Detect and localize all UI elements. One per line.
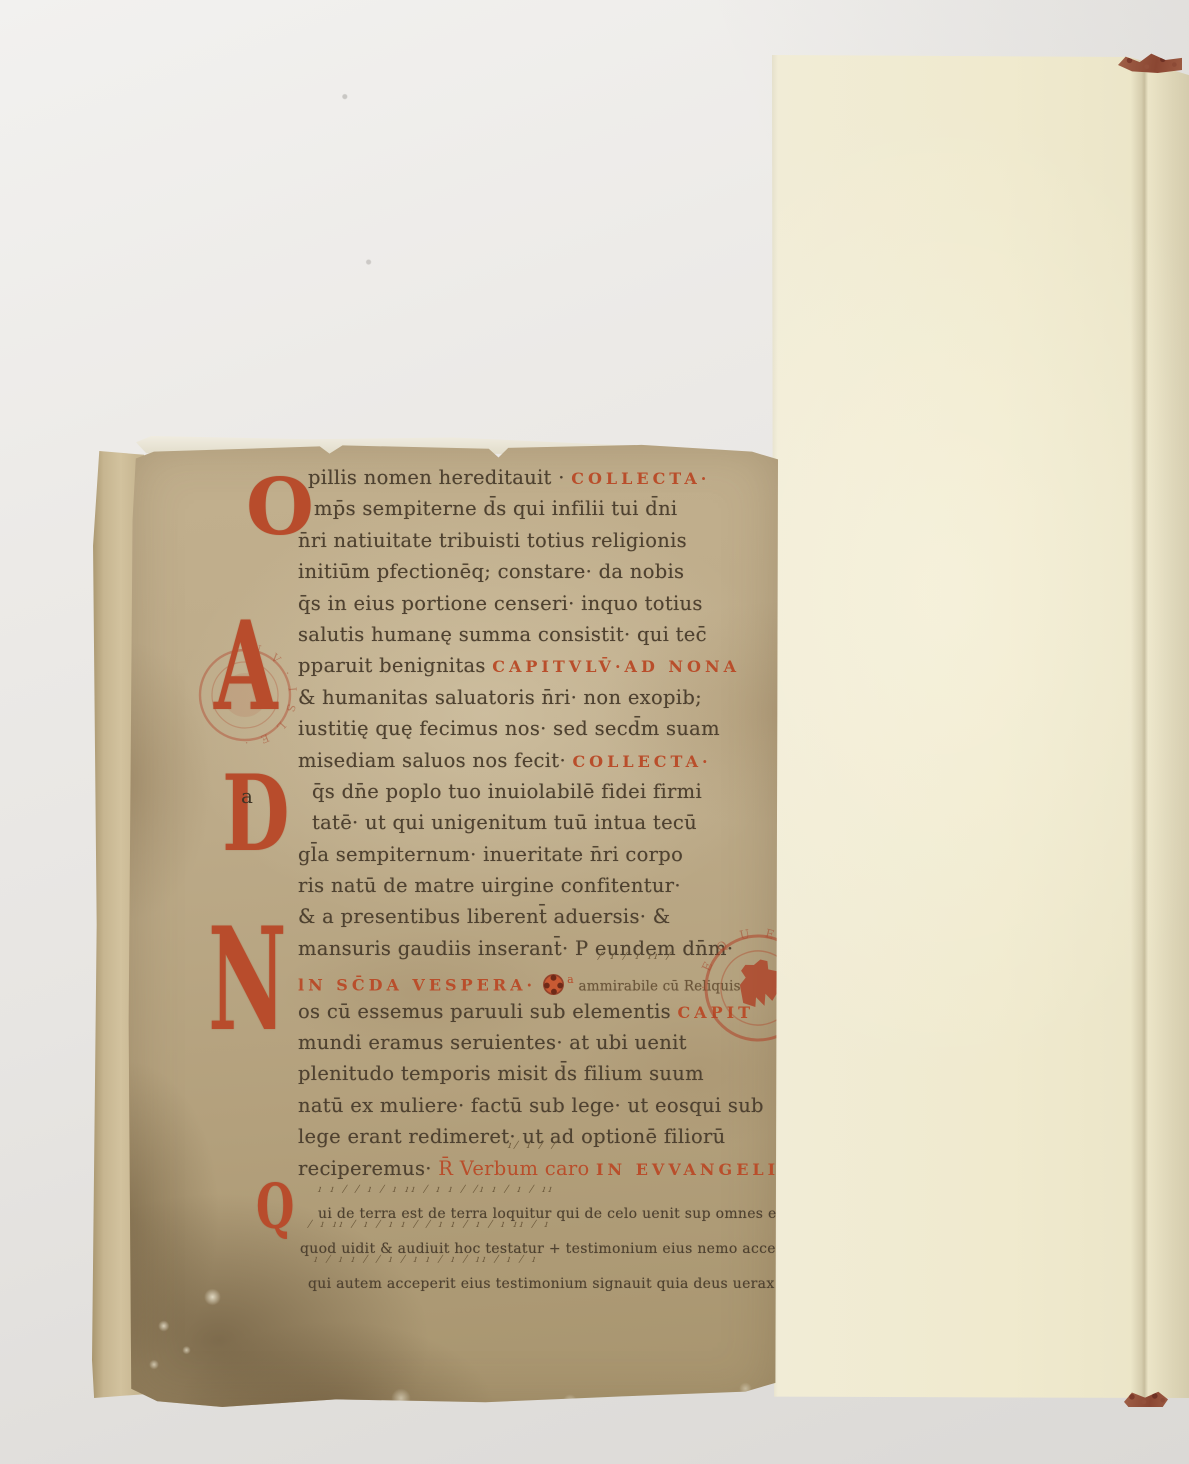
text-segment: ris natū de matre uirgine confitentur· [298,874,681,897]
text-segment: & humanitas saluatoris n̄ri· non exopib; [298,686,702,709]
text-segment: CAPITVLV̄·AD NONA [492,657,740,676]
text-segment: pillis nomen hereditauit · [308,466,571,489]
text-segment: misediam saluos nos fecit· [298,749,572,772]
text-segment: a [567,973,574,986]
text-segment: q̄s in eius portione censeri· inquo toti… [298,592,703,615]
text-segment: initiūm pfectionēq; constare· da nobis [298,560,684,583]
manuscript-line: & humanitas saluatoris n̄ri· non exopib; [298,682,780,713]
neume-marks: ı ∕ ı ı ∕ ∕ ı ∕ ı ı ∕ ı ∕ ıı ∕ ı ∕ ı [312,1255,539,1265]
photo-stage: N V · I S L E · · E Q U E · pillis nomen… [0,0,1189,1464]
manuscript-line: natū ex muliere· factū sub lege· ut eosq… [298,1090,780,1121]
illuminated-initial-D: D [222,773,290,857]
manuscript-line: tatē· ut qui unigenitum tuū intua tecū [298,807,780,838]
blank-facing-page [772,55,1189,1398]
text-segment: gl̄a sempiternum· inueritate n̄ri corpo [298,843,683,866]
text-segment: q̄s dn̄e poplo tuo inuiolabilē fidei fir… [312,780,702,803]
manuscript-line: q̄s in eius portione censeri· inquo toti… [298,588,780,619]
text-segment: mundi eramus seruientes· at ubi uenit [298,1031,687,1054]
illuminated-initial-N: N [208,925,287,1039]
manuscript-line: iustitię quę fecimus nos· sed secd̄m sua… [298,713,780,744]
illuminated-initial-O: O [246,477,314,539]
neume-marks: ∕ ı ıı ∕ ı ∕ ı ı ∕ ∕ ı ı ∕ ı ∕ ı ıı ∕ ı [306,1220,552,1230]
text-segment: reciperemus· [298,1157,438,1180]
neume-marks: ı ı / ∕ ı ∕ ı ıı ∕ ı ı ∕ ∕ı ı ∕ ı ∕ ıı [316,1185,556,1195]
neume-marks: / ı / ı ıı / [596,952,674,962]
manuscript-line: q̄s dn̄e poplo tuo inuiolabilē fidei fir… [298,776,780,807]
illuminated-initial-a: a [241,788,253,804]
manuscript-line: salutis humanę summa consistit· qui tec̄ [298,619,780,650]
text-segment: & a presentibus liberent̄ aduersis· & [298,905,670,928]
manuscript-line: ı/ ı ∕ /reciperemus· R̄ Verbum caro IN E… [298,1153,780,1184]
text-segment: mp̄s sempiterne d̄s qui infilii tui d̄ni [314,497,677,520]
illuminated-initial-A: A [214,619,278,717]
text-segment: R̄ Verbum caro [438,1157,596,1180]
manuscript-line: gl̄a sempiternum· inueritate n̄ri corpo [298,839,780,870]
illuminated-initial-Q: Q [256,1183,294,1232]
rosette-ornament-icon [543,974,564,995]
manuscript-line: n̄ri natiuitate tribuisti totius religio… [298,525,780,556]
manuscript-line: ris natū de matre uirgine confitentur· [298,870,780,901]
manuscript-line: mp̄s sempiterne d̄s qui infilii tui d̄ni [298,493,780,524]
manuscript-line: initiūm pfectionēq; constare· da nobis [298,556,780,587]
neume-marks: ı/ ı ∕ / [506,1141,559,1151]
text-segment: qui autem acceperit eius testimonium sig… [308,1276,801,1292]
manuscript-line: pillis nomen hereditauit · COLLECTA· [298,462,780,493]
text-segment: plenitudo temporis misit d̄s filium suum [298,1062,704,1085]
text-segment: IN EVVANGELIO· [596,1160,807,1179]
text-segment: COLLECTA· [572,752,711,771]
manuscript-line: plenitudo temporis misit d̄s filium suum [298,1058,780,1089]
text-segment: iustitię quę fecimus nos· sed secd̄m sua… [298,717,720,740]
text-segment: os cū essemus paruuli sub elementis [298,1000,677,1023]
text-segment: natū ex muliere· factū sub lege· ut eosq… [298,1094,764,1117]
manuscript-page: N V · I S L E · · E Q U E · pillis nomen… [128,443,778,1408]
text-segment: tatē· ut qui unigenitum tuū intua tecū [312,811,697,834]
manuscript-line: misediam saluos nos fecit· COLLECTA· [298,745,780,776]
manuscript-line: ı ∕ ı ı ∕ ∕ ı ∕ ı ı ∕ ı ∕ ıı ∕ ı ∕ ıqui … [298,1267,780,1302]
text-segment: lN SC̄DA VESPERA· [298,976,536,995]
manuscript-line: pparuit benignitas CAPITVLV̄·AD NONA [298,650,780,681]
text-segment: salutis humanę summa consistit· qui tec̄ [298,623,707,646]
text-segment: pparuit benignitas [298,654,492,677]
text-block: pillis nomen hereditauit · COLLECTA·mp̄s… [298,462,780,1302]
text-segment: COLLECTA· [571,469,710,488]
text-segment: n̄ri natiuitate tribuisti totius religio… [298,529,687,552]
